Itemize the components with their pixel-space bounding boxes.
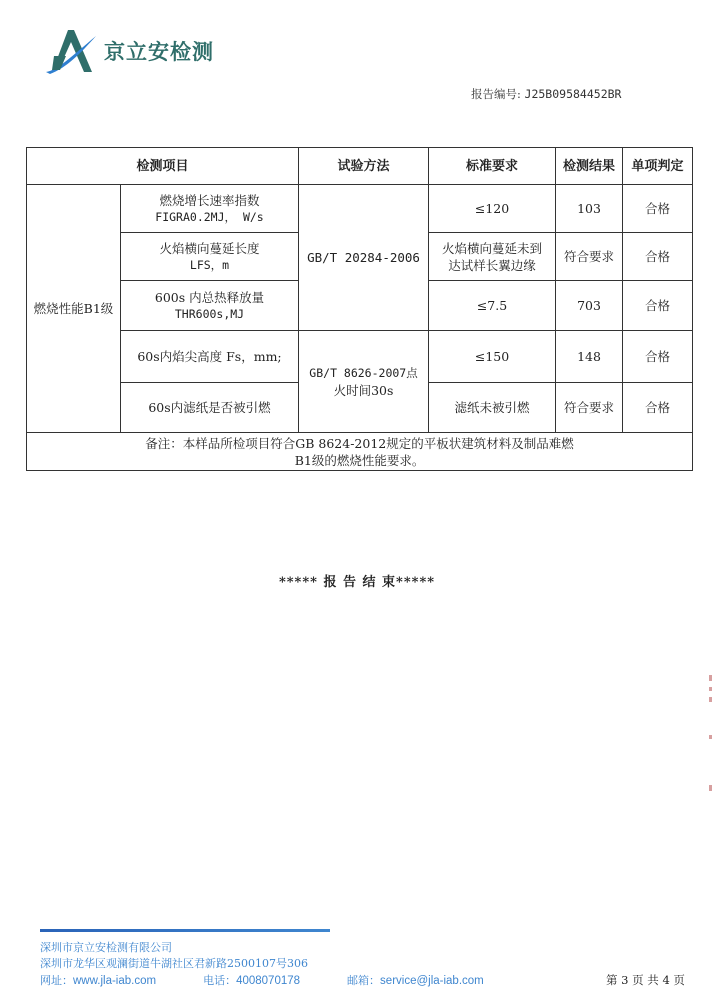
jla-logo-icon <box>44 26 102 76</box>
table-row: 60s内焰尖高度 Fs，mm; GB/T 8626-2007点 火时间30s ≤… <box>27 331 693 383</box>
table-header-row: 检测项目 试验方法 标准要求 检测结果 单项判定 <box>27 148 693 185</box>
end-of-report-mark: ***** 报 告 结 束***** <box>0 571 714 590</box>
method-cell: GB/T 20284-2006 <box>299 185 429 331</box>
method-line: 火时间30s <box>303 382 424 399</box>
method-line: GB/T 8626-2007点 <box>303 365 424 382</box>
item-cell: 火焰横向蔓延长度 LFS，m <box>121 233 299 281</box>
phone-label: 电话： <box>203 974 236 987</box>
result-cell: 103 <box>556 185 623 233</box>
requirement-line: 火焰横向蔓延未到 <box>433 240 551 257</box>
item-label: 火焰横向蔓延长度 <box>125 240 294 257</box>
requirement-cell: ≤7.5 <box>429 281 556 331</box>
column-header-verdict: 单项判定 <box>623 148 693 185</box>
verdict-cell: 合格 <box>623 331 693 383</box>
stamp-edge-marks <box>709 675 712 795</box>
report-number: 报告编号: J25B09584452BR <box>471 86 621 102</box>
method-cell: GB/T 8626-2007点 火时间30s <box>299 331 429 433</box>
footer-company-name: 深圳市京立安检测有限公司 <box>40 940 308 956</box>
email-link[interactable]: service@jla-iab.com <box>380 975 484 987</box>
item-unit: THR600s,MJ <box>125 306 294 323</box>
category-cell: 燃烧性能B1级 <box>27 185 121 433</box>
note-line: 备注：本样品所检项目符合GB 8624-2012规定的平板状建筑材料及制品难燃 <box>31 435 688 452</box>
result-cell: 符合要求 <box>556 233 623 281</box>
verdict-cell: 合格 <box>623 281 693 331</box>
item-unit: LFS，m <box>125 257 294 274</box>
item-cell: 60s内焰尖高度 Fs，mm; <box>121 331 299 383</box>
footer-contact-line: 网址：www.jla-iab.com 电话：4008070178 邮箱：serv… <box>40 972 484 988</box>
company-logo: 京立安检测 <box>44 26 224 76</box>
report-number-label: 报告编号: <box>471 87 521 101</box>
result-cell: 符合要求 <box>556 383 623 433</box>
item-cell: 600s 内总热释放量 THR600s,MJ <box>121 281 299 331</box>
footer-address: 深圳市龙华区观澜街道牛湖社区君新路2500107号306 <box>40 956 308 972</box>
test-results-table: 检测项目 试验方法 标准要求 检测结果 单项判定 燃烧性能B1级 燃烧增长速率指… <box>26 147 693 471</box>
item-unit: FIGRA0.2MJ， W/s <box>125 209 294 226</box>
table-note-row: 备注：本样品所检项目符合GB 8624-2012规定的平板状建筑材料及制品难燃 … <box>27 433 693 471</box>
footer-company-info: 深圳市京立安检测有限公司 深圳市龙华区观澜街道牛湖社区君新路2500107号30… <box>40 940 308 972</box>
email-label: 邮箱： <box>347 974 380 987</box>
company-name: 京立安检测 <box>104 36 214 66</box>
verdict-cell: 合格 <box>623 383 693 433</box>
requirement-cell: ≤150 <box>429 331 556 383</box>
note-line: B1级的燃烧性能要求。 <box>31 452 688 469</box>
result-cell: 703 <box>556 281 623 331</box>
website-link[interactable]: www.jla-iab.com <box>73 975 156 987</box>
requirement-cell: ≤120 <box>429 185 556 233</box>
requirement-cell: 火焰横向蔓延未到 达试样长翼边缘 <box>429 233 556 281</box>
item-cell: 60s内滤纸是否被引燃 <box>121 383 299 433</box>
column-header-item: 检测项目 <box>27 148 299 185</box>
verdict-cell: 合格 <box>623 233 693 281</box>
page-indicator: 第 3 页 共 4 页 <box>606 972 685 988</box>
item-cell: 燃烧增长速率指数 FIGRA0.2MJ， W/s <box>121 185 299 233</box>
requirement-cell: 滤纸未被引燃 <box>429 383 556 433</box>
table-row: 燃烧性能B1级 燃烧增长速率指数 FIGRA0.2MJ， W/s GB/T 20… <box>27 185 693 233</box>
footer-divider <box>40 929 330 932</box>
result-cell: 148 <box>556 331 623 383</box>
item-label: 600s 内总热释放量 <box>125 289 294 306</box>
report-number-value: J25B09584452BR <box>525 87 622 101</box>
requirement-line: 达试样长翼边缘 <box>433 257 551 274</box>
phone-number: 4008070178 <box>236 975 300 987</box>
column-header-requirement: 标准要求 <box>429 148 556 185</box>
note-cell: 备注：本样品所检项目符合GB 8624-2012规定的平板状建筑材料及制品难燃 … <box>27 433 693 471</box>
column-header-result: 检测结果 <box>556 148 623 185</box>
website-label: 网址： <box>40 974 73 987</box>
column-header-method: 试验方法 <box>299 148 429 185</box>
verdict-cell: 合格 <box>623 185 693 233</box>
item-label: 燃烧增长速率指数 <box>125 192 294 209</box>
